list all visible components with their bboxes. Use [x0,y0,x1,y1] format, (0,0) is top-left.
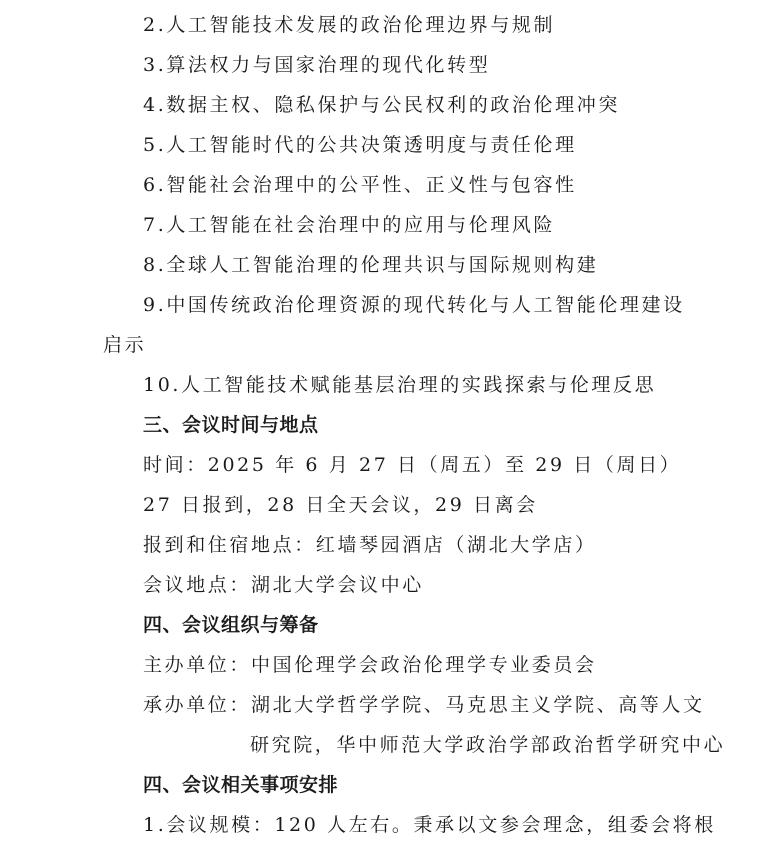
section-heading-arrangements: 四、会议相关事项安排 [143,773,338,797]
topic-item-10: 10.人工智能技术赋能基层治理的实践探索与伦理反思 [143,373,656,397]
topic-item-7: 7.人工智能在社会治理中的应用与伦理风险 [143,213,555,237]
organizer-line-1: 承办单位：湖北大学哲学学院、马克思主义学院、高等人文 [143,693,705,717]
topic-item-5: 5.人工智能时代的公共决策透明度与责任伦理 [143,133,577,157]
topic-item-9-continuation: 启示 [103,333,146,357]
topic-item-9: 9.中国传统政治伦理资源的现代转化与人工智能伦理建设 [143,293,685,317]
topic-item-2: 2.人工智能技术发展的政治伦理边界与规制 [143,13,555,37]
host-organization: 主办单位：中国伦理学会政治伦理学专业委员会 [143,653,597,677]
meeting-venue: 会议地点：湖北大学会议中心 [143,573,424,597]
document-page: 2.人工智能技术发展的政治伦理边界与规制 3.算法权力与国家治理的现代化转型 4… [0,0,782,844]
meeting-time: 时间：2025 年 6 月 27 日（周五）至 29 日（周日） [143,453,681,477]
topic-item-4: 4.数据主权、隐私保护与公民权利的政治伦理冲突 [143,93,620,117]
organizer-line-2: 研究院，华中师范大学政治学部政治哲学研究中心 [250,733,725,757]
section-heading-organization: 四、会议组织与筹备 [143,613,319,637]
topic-item-3: 3.算法权力与国家治理的现代化转型 [143,53,490,77]
arrangement-item-1: 1.会议规模：120 人左右。秉承以文参会理念，组委会将根 [143,813,716,837]
hotel-location: 报到和住宿地点：红墙琴园酒店（湖北大学店） [143,533,597,557]
topic-item-8: 8.全球人工智能治理的伦理共识与国际规则构建 [143,253,598,277]
meeting-schedule: 27 日报到，28 日全天会议，29 日离会 [143,493,538,517]
topic-item-6: 6.智能社会治理中的公平性、正义性与包容性 [143,173,577,197]
section-heading-time-place: 三、会议时间与地点 [143,413,319,437]
